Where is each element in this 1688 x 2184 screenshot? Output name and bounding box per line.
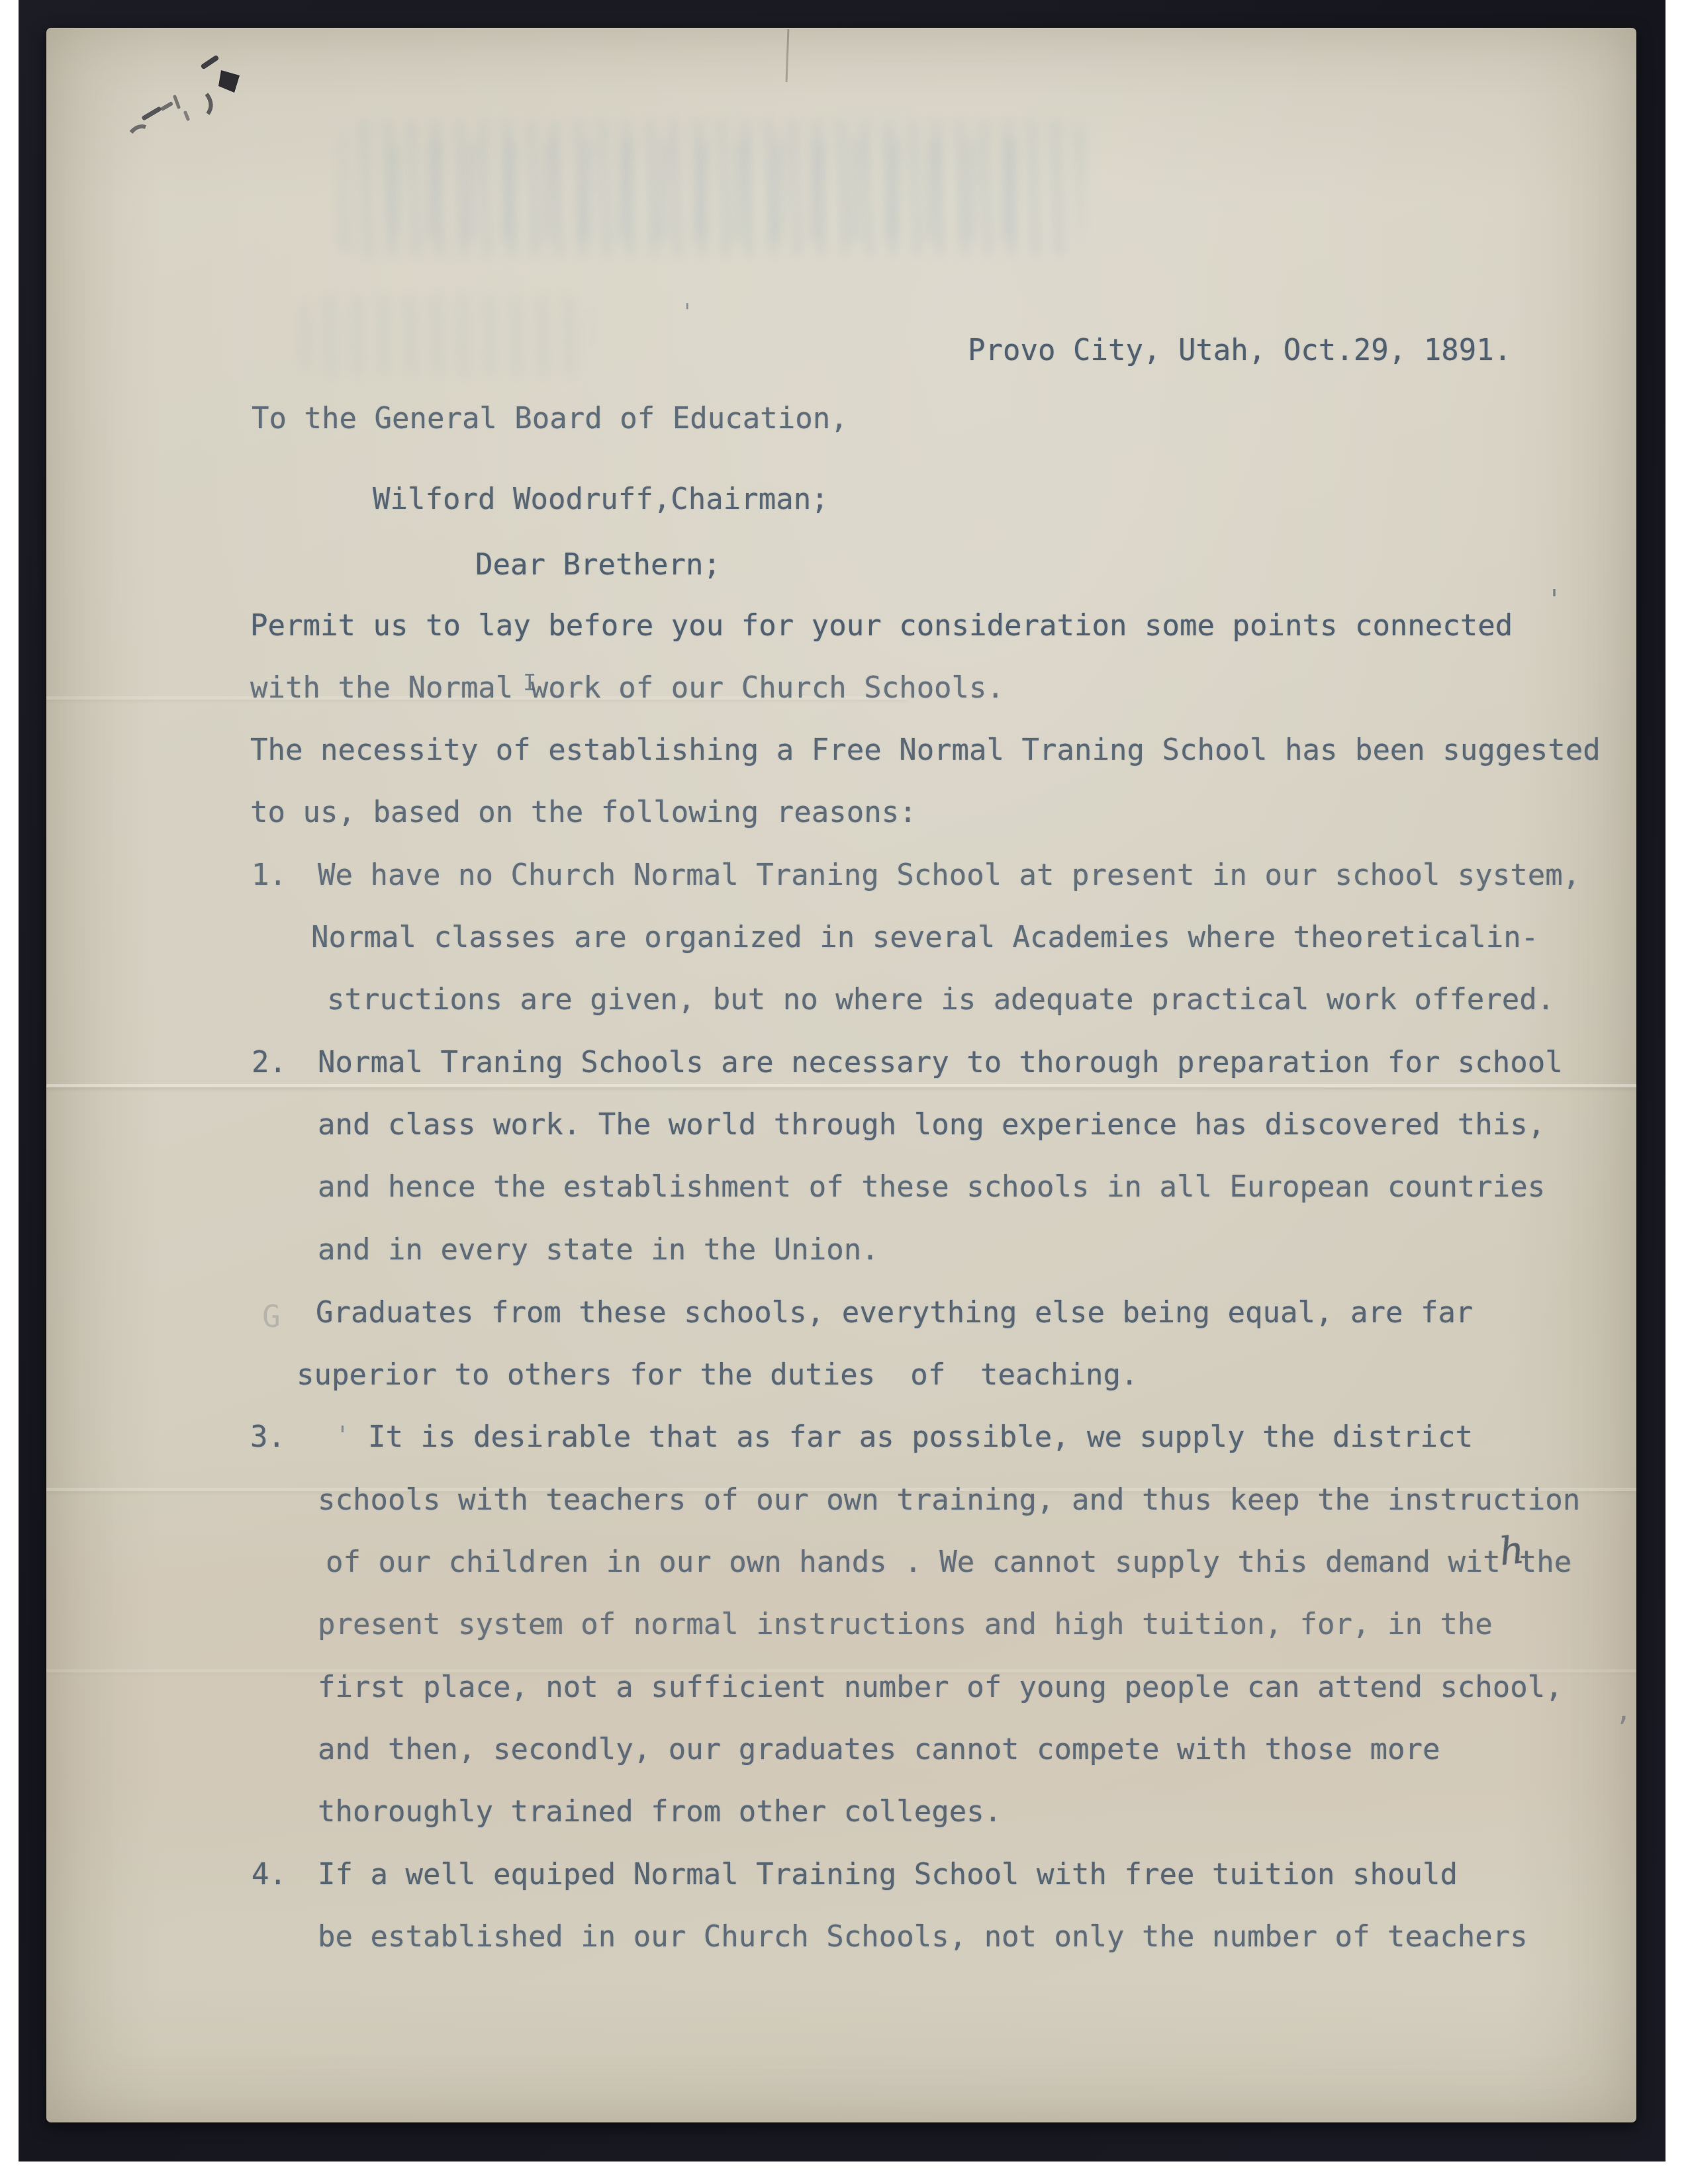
stray-ink-mark: G xyxy=(262,1298,281,1334)
letter-line: superior to others for the duties of tea… xyxy=(297,1358,1139,1392)
stray-ink-mark: , xyxy=(1615,1694,1632,1727)
letterhead-bleedthrough xyxy=(391,140,1039,240)
letter-line: If a well equiped Normal Training School… xyxy=(318,1858,1458,1892)
letter-line: It is desirable that as far as possible,… xyxy=(368,1420,1473,1455)
letter-line: with the Normal work of our Church Schoo… xyxy=(250,671,1004,705)
letter-line: Normal classes are organized in several … xyxy=(311,921,1538,955)
letter-line: and hence the establishment of these sch… xyxy=(318,1170,1545,1205)
list-number: 2. xyxy=(252,1046,287,1080)
letter-line-text: the xyxy=(1519,1545,1571,1579)
letter-line: and then, secondly, our graduates cannot… xyxy=(318,1733,1440,1767)
handwritten-h: h xyxy=(1497,1532,1526,1569)
letter-line: be established in our Church Schools, no… xyxy=(318,1920,1528,1954)
recipient-line-2: Wilford Woodruff,Chairman; xyxy=(373,482,829,517)
letter-line: thoroughly trained from other colleges. xyxy=(318,1795,1002,1829)
letter-line: to us, based on the following reasons: xyxy=(250,796,917,830)
list-number: 1. xyxy=(252,858,287,893)
letter-paper: Provo City, Utah, Oct.29, 1891. To the G… xyxy=(46,28,1636,2122)
letter-line: Permit us to lay before you for your con… xyxy=(250,609,1513,643)
stray-ink-mark: ' xyxy=(680,299,694,326)
paper-edge-crease xyxy=(786,29,790,82)
letter-line: We have no Church Normal Traning School … xyxy=(318,858,1580,893)
letter-line: and class work. The world through long e… xyxy=(318,1108,1545,1142)
list-number: 3. xyxy=(250,1420,285,1455)
scanned-letter-photo: Provo City, Utah, Oct.29, 1891. To the G… xyxy=(0,0,1688,2184)
ink-scribble-marks xyxy=(124,50,283,150)
letterhead-bleedthrough xyxy=(301,296,592,375)
letter-line: structions are given, but no where is ad… xyxy=(327,983,1554,1017)
letter-line: first place, not a sufficient number of … xyxy=(318,1670,1563,1705)
letter-line-text: of our children in our own hands . We ca… xyxy=(326,1545,1501,1579)
letter-line: and in every state in the Union. xyxy=(318,1233,879,1267)
letter-line: The necessity of establishing a Free Nor… xyxy=(250,733,1601,768)
letter-line: of our children in our own hands . We ca… xyxy=(326,1545,1571,1580)
letter-line: Graduates from these schools, everything… xyxy=(316,1296,1473,1330)
stray-ink-mark: ' xyxy=(335,1420,350,1449)
recipient-line-1: To the General Board of Education, xyxy=(252,402,848,436)
letter-line: Normal Traning Schools are necessary to … xyxy=(318,1046,1563,1080)
list-number: 4. xyxy=(252,1858,287,1892)
stray-ink-mark: ' xyxy=(1546,585,1562,615)
salutation: Dear Brethern; xyxy=(475,548,721,582)
letter-line: schools with teachers of our own trainin… xyxy=(318,1483,1580,1518)
letter-line: present system of normal instructions an… xyxy=(318,1608,1493,1642)
stray-ink-mark: I xyxy=(523,670,536,696)
dateline: Provo City, Utah, Oct.29, 1891. xyxy=(968,334,1511,368)
fold-crease xyxy=(46,1084,1636,1087)
